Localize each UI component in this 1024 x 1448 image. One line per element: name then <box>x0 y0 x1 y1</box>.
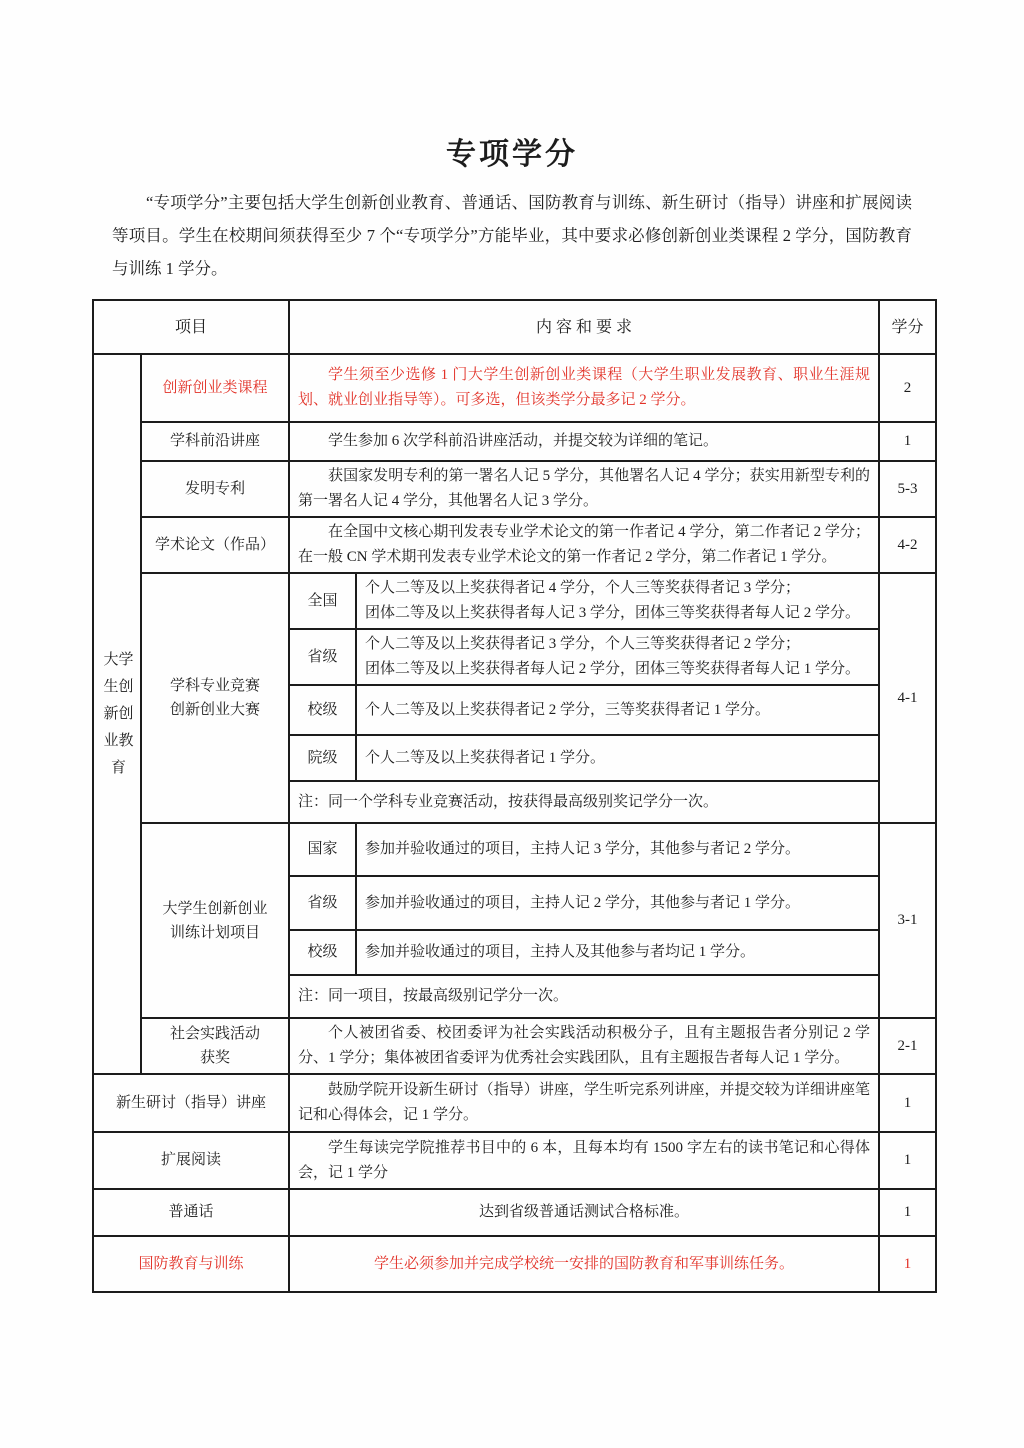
item-patent: 发明专利 <box>141 461 289 517</box>
table-row: 社会实践活动 获奖 个人被团省委、校团委评为社会实践活动积极分子，且有主题报告者… <box>93 1018 936 1074</box>
item-mandarin: 普通话 <box>93 1189 289 1236</box>
credit-patent: 5-3 <box>879 461 936 517</box>
content-innovation-course: 学生须至少选修 1 门大学生创新创业类课程（大学生职业发展教育、职业生涯规划、就… <box>289 354 879 422</box>
item-competition: 学科专业竞赛 创新创业大赛 <box>141 573 289 823</box>
content-mandarin: 达到省级普通话测试合格标准。 <box>289 1189 879 1236</box>
content-competition-school: 个人二等及以上奖获得者记 2 学分，三等奖获得者记 1 学分。 <box>356 685 879 735</box>
item-label-line1: 大学生创新创业 <box>150 897 280 921</box>
content-text: 学生参加 6 次学科前沿讲座活动，并提交较为详细的笔记。 <box>298 429 870 454</box>
content-reading: 学生每读完学院推荐书目中的 6 本，且每本均有 1500 字左右的读书笔记和心得… <box>289 1132 879 1189</box>
item-reading: 扩展阅读 <box>93 1132 289 1189</box>
item-label-line2: 创新创业大赛 <box>150 698 280 722</box>
credit-paper: 4-2 <box>879 517 936 573</box>
table-row: 学科前沿讲座 学生参加 6 次学科前沿讲座活动，并提交较为详细的笔记。 1 <box>93 422 936 461</box>
item-label-line1: 社会实践活动 <box>150 1022 280 1046</box>
item-freshman-seminar: 新生研讨（指导）讲座 <box>93 1074 289 1132</box>
content-patent: 获国家发明专利的第一署名人记 5 学分，其他署名人记 4 学分；获实用新型专利的… <box>289 461 879 517</box>
item-frontier-lecture: 学科前沿讲座 <box>141 422 289 461</box>
content-text: 获国家发明专利的第一署名人记 5 学分，其他署名人记 4 学分；获实用新型专利的… <box>298 464 870 514</box>
table-header-row: 项目 内 容 和 要 求 学分 <box>93 300 936 354</box>
table-row: 大学生创新创业教育 创新创业类课程 学生须至少选修 1 门大学生创新创业类课程（… <box>93 354 936 422</box>
content-paper: 在全国中文核心期刊发表专业学术论文的第一作者记 4 学分，第二作者记 2 学分；… <box>289 517 879 573</box>
credit-mandarin: 1 <box>879 1189 936 1236</box>
table-row: 学科专业竞赛 创新创业大赛 全国 个人二等及以上奖获得者记 4 学分，个人三等奖… <box>93 573 936 629</box>
credit-defense: 1 <box>879 1236 936 1292</box>
level-college: 院级 <box>289 735 356 781</box>
item-label-line1: 学科专业竞赛 <box>150 674 280 698</box>
table-row: 普通话 达到省级普通话测试合格标准。 1 <box>93 1189 936 1236</box>
item-paper: 学术论文（作品） <box>141 517 289 573</box>
content-text: 学生每读完学院推荐书目中的 6 本，且每本均有 1500 字左右的读书笔记和心得… <box>298 1136 870 1186</box>
group-label-innovation-education: 大学生创新创业教育 <box>93 354 141 1074</box>
content-line1: 个人二等及以上奖获得者记 2 学分，三等奖获得者记 1 学分。 <box>365 698 870 723</box>
content-text: 学生须至少选修 1 门大学生创新创业类课程（大学生职业发展教育、职业生涯规划、就… <box>298 363 870 413</box>
note-competition: 注：同一个学科专业竞赛活动，按获得最高级别奖记学分一次。 <box>289 781 879 823</box>
content-line2: 团体二等及以上奖获得者每人记 3 学分，团体三等奖获得者每人记 2 学分。 <box>365 601 870 626</box>
item-label-line2: 训练计划项目 <box>150 921 280 945</box>
content-line2: 团体二等及以上奖获得者每人记 2 学分，团体三等奖获得者每人记 1 学分。 <box>365 657 870 682</box>
table-row: 发明专利 获国家发明专利的第一署名人记 5 学分，其他署名人记 4 学分；获实用… <box>93 461 936 517</box>
table-row: 大学生创新创业 训练计划项目 国家 参加并验收通过的项目，主持人记 3 学分，其… <box>93 823 936 876</box>
item-defense: 国防教育与训练 <box>93 1236 289 1292</box>
content-line1: 个人二等及以上奖获得者记 4 学分，个人三等奖获得者记 3 学分； <box>365 576 870 601</box>
credit-training: 3-1 <box>879 823 936 1018</box>
group-label-text: 大学生创新创业教育 <box>102 647 135 782</box>
intro-paragraph: “专项学分”主要包括大学生创新创业教育、普通话、国防教育与训练、新生研讨（指导）… <box>112 186 912 285</box>
page-title: 专项学分 <box>0 0 1024 172</box>
credit-innovation-course: 2 <box>879 354 936 422</box>
content-training-provincial: 参加并验收通过的项目，主持人记 2 学分，其他参与者记 1 学分。 <box>356 876 879 930</box>
level-national: 国家 <box>289 823 356 876</box>
header-credit: 学分 <box>879 300 936 354</box>
content-line1: 个人二等及以上奖获得者记 1 学分。 <box>365 746 870 771</box>
content-defense: 学生必须参加并完成学校统一安排的国防教育和军事训练任务。 <box>289 1236 879 1292</box>
level-school: 校级 <box>289 685 356 735</box>
credit-reading: 1 <box>879 1132 936 1189</box>
credit-social-practice: 2-1 <box>879 1018 936 1074</box>
content-line1: 参加并验收通过的项目，主持人记 2 学分，其他参与者记 1 学分。 <box>365 891 870 916</box>
header-item: 项目 <box>93 300 289 354</box>
content-competition-college: 个人二等及以上奖获得者记 1 学分。 <box>356 735 879 781</box>
level-provincial: 省级 <box>289 629 356 685</box>
credit-competition: 4-1 <box>879 573 936 823</box>
content-line1: 个人二等及以上奖获得者记 3 学分，个人三等奖获得者记 2 学分； <box>365 632 870 657</box>
content-text: 在全国中文核心期刊发表专业学术论文的第一作者记 4 学分，第二作者记 2 学分；… <box>298 520 870 570</box>
credit-frontier-lecture: 1 <box>879 422 936 461</box>
item-label-line2: 获奖 <box>150 1046 280 1070</box>
content-competition-national: 个人二等及以上奖获得者记 4 学分，个人三等奖获得者记 3 学分； 团体二等及以… <box>356 573 879 629</box>
level-school: 校级 <box>289 930 356 975</box>
content-frontier-lecture: 学生参加 6 次学科前沿讲座活动，并提交较为详细的笔记。 <box>289 422 879 461</box>
content-text: 鼓励学院开设新生研讨（指导）讲座，学生听完系列讲座，并提交较为详细讲座笔记和心得… <box>298 1078 870 1128</box>
content-competition-provincial: 个人二等及以上奖获得者记 3 学分，个人三等奖获得者记 2 学分； 团体二等及以… <box>356 629 879 685</box>
note-training: 注：同一项目，按最高级别记学分一次。 <box>289 975 879 1018</box>
level-national: 全国 <box>289 573 356 629</box>
credit-freshman-seminar: 1 <box>879 1074 936 1132</box>
table-row: 扩展阅读 学生每读完学院推荐书目中的 6 本，且每本均有 1500 字左右的读书… <box>93 1132 936 1189</box>
table-row: 新生研讨（指导）讲座 鼓励学院开设新生研讨（指导）讲座，学生听完系列讲座，并提交… <box>93 1074 936 1132</box>
table-row: 国防教育与训练 学生必须参加并完成学校统一安排的国防教育和军事训练任务。 1 <box>93 1236 936 1292</box>
content-text: 个人被团省委、校团委评为社会实践活动积极分子，且有主题报告者分别记 2 学分、1… <box>298 1021 870 1071</box>
item-social-practice: 社会实践活动 获奖 <box>141 1018 289 1074</box>
content-line1: 参加并验收通过的项目，主持人记 3 学分，其他参与者记 2 学分。 <box>365 837 870 862</box>
special-credits-table: 项目 内 容 和 要 求 学分 大学生创新创业教育 创新创业类课程 学生须至少选… <box>92 299 937 1293</box>
item-training-program: 大学生创新创业 训练计划项目 <box>141 823 289 1018</box>
table-row: 学术论文（作品） 在全国中文核心期刊发表专业学术论文的第一作者记 4 学分，第二… <box>93 517 936 573</box>
level-provincial: 省级 <box>289 876 356 930</box>
content-line1: 参加并验收通过的项目，主持人及其他参与者均记 1 学分。 <box>365 940 870 965</box>
content-training-national: 参加并验收通过的项目，主持人记 3 学分，其他参与者记 2 学分。 <box>356 823 879 876</box>
content-social-practice: 个人被团省委、校团委评为社会实践活动积极分子，且有主题报告者分别记 2 学分、1… <box>289 1018 879 1074</box>
content-freshman-seminar: 鼓励学院开设新生研讨（指导）讲座，学生听完系列讲座，并提交较为详细讲座笔记和心得… <box>289 1074 879 1132</box>
item-innovation-course: 创新创业类课程 <box>141 354 289 422</box>
content-training-school: 参加并验收通过的项目，主持人及其他参与者均记 1 学分。 <box>356 930 879 975</box>
header-content: 内 容 和 要 求 <box>289 300 879 354</box>
document-page: 专项学分 “专项学分”主要包括大学生创新创业教育、普通话、国防教育与训练、新生研… <box>0 0 1024 1448</box>
